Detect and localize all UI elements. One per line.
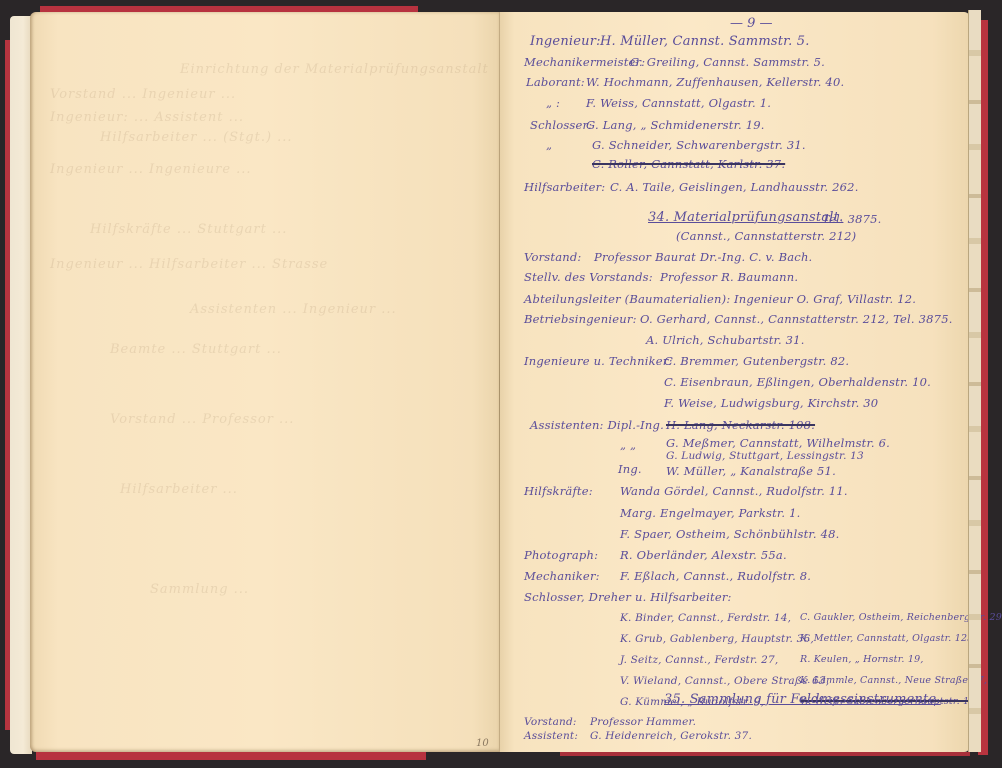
entry-label: Mechanikermeister: — [524, 55, 645, 69]
bleed-line: Vorstand ... Ingenieur ... — [50, 87, 236, 102]
entry-text: G. Meßmer, Cannstatt, Wilhelmstr. 6. — [666, 436, 890, 450]
entry-label: „ : — [546, 96, 560, 110]
book-cover-bottom-edge — [36, 752, 426, 760]
bleed-line: Ingenieur ... Hilfsarbeiter ... Strasse — [50, 257, 328, 272]
entry-label: Hilfsarbeiter: — [524, 180, 605, 194]
page-stack-left — [10, 16, 32, 754]
entry-text: F. Weise, Ludwigsburg, Kirchstr. 30 — [664, 396, 878, 410]
struck-entry-text: C. Roller, Cannstatt, Karlstr. 37. — [592, 157, 785, 171]
entry-label: „ — [546, 138, 552, 152]
entry-label: Stellv. des Vorstands: — [524, 270, 653, 284]
entry-text: F. Eßlach, Cannst., Rudolfstr. 8. — [620, 569, 811, 583]
struck-entry-text: H. Lang, Neckarstr. 108. — [666, 418, 815, 432]
bleed-line: Ingenieur: ... Assistent ... — [50, 110, 244, 125]
section-35-heading: 35. Sammlung für Feldmessinstrumente. — [664, 692, 941, 707]
entry-label: Vorstand: — [524, 716, 577, 728]
bleed-line: Ingenieur ... Ingenieure ... — [50, 162, 252, 177]
entry-label: Ingenieure u. Techniker: — [524, 354, 673, 368]
entry-text: F. Spaer, Ostheim, Schönbühlstr. 48. — [620, 527, 839, 541]
bleed-line: Hilfskräfte ... Stuttgart ... — [90, 222, 287, 237]
entry-label: Schlosser, Dreher u. Hilfsarbeiter: — [524, 590, 732, 604]
left-page-number: 10 — [476, 738, 489, 749]
worker-entry: J. Seitz, Cannst., Ferdstr. 27, — [620, 654, 778, 666]
entry-text: Marg. Engelmayer, Parkstr. 1. — [620, 506, 800, 520]
entry-text: A. Ulrich, Schubartstr. 31. — [646, 333, 805, 347]
bleed-line: Sammlung ... — [150, 582, 249, 597]
page-stack-right — [968, 10, 981, 752]
worker-entry: R. Keulen, „ Hornstr. 19, — [800, 654, 924, 665]
bleed-line: Vorstand ... Professor ... — [110, 412, 294, 427]
entry-label: Laborant: — [526, 75, 585, 89]
entry-text: G. Schneider, Schwarenbergstr. 31. — [592, 138, 806, 152]
entry-text: W. Hochmann, Zuffenhausen, Kellerstr. 40… — [586, 75, 844, 89]
entry-label: Photograph: — [524, 548, 598, 562]
entry-text: F. Weiss, Cannstatt, Olgastr. 1. — [586, 96, 771, 110]
entry-label: Schlosser: — [530, 118, 592, 132]
entry-text: G. Heidenreich, Gerokstr. 37. — [590, 730, 752, 742]
entry-label: Assistenten: Dipl.-Ing. — [530, 418, 664, 432]
entry-text: Wanda Gördel, Cannst., Rudolfstr. 11. — [620, 484, 848, 498]
entry-text: C. Eisenbraun, Eßlingen, Oberhaldenstr. … — [664, 375, 931, 389]
entry-label: Mechaniker: — [524, 569, 600, 583]
right-page-number: — 9 — — [730, 16, 773, 31]
worker-entry: K. Lämmle, Cannst., Neue Straße 17, — [800, 675, 987, 686]
entry-label: Assistent: — [524, 730, 578, 742]
entry-text: W. Müller, „ Kanalstraße 51. — [666, 464, 836, 478]
entry-text: H. Müller, Cannst. Sammstr. 5. — [600, 34, 810, 49]
entry-label: Abteilungsleiter (Baumaterialien): — [524, 292, 730, 306]
bleed-line: Einrichtung der Materialprüfungsanstalt — [180, 62, 489, 77]
bleed-line: Hilfsarbeiter ... (Stgt.) ... — [100, 130, 293, 145]
entry-text: R. Oberländer, Alexstr. 55a. — [620, 548, 787, 562]
entry-text: O. Gerhard, Cannst., Cannstatterstr. 212… — [640, 312, 953, 326]
section-heading: 34. Materialprüfungsanstalt. — [648, 210, 843, 225]
entry-label: Ing. — [618, 462, 642, 476]
entry-label: Betriebsingenieur: — [524, 312, 637, 326]
entry-text: Ingenieur O. Graf, Villastr. 12. — [734, 292, 916, 306]
worker-entry: K. Mettler, Cannstatt, Olgastr. 123, — [800, 633, 977, 644]
entry-text: Professor Hammer. — [590, 716, 696, 728]
entry-text: G. Lang, „ Schmidenerstr. 19. — [586, 118, 765, 132]
entry-text: Professor R. Baumann. — [660, 270, 798, 284]
entry-label: „ „ — [620, 438, 636, 452]
worker-entry: V. Wieland, Cannst., Obere Straße 63, — [620, 675, 829, 687]
entry-label: Ingenieur: — [530, 34, 601, 49]
entry-text: Professor Baurat Dr.-Ing. C. v. Bach. — [594, 250, 812, 264]
entry-label: Vorstand: — [524, 250, 582, 264]
entry-text: C. Bremmer, Gutenbergstr. 82. — [664, 354, 849, 368]
entry-text: C. A. Taile, Geislingen, Landhausstr. 26… — [610, 180, 859, 194]
bleed-line: Hilfsarbeiter ... — [120, 482, 238, 497]
bleed-line: Beamte ... Stuttgart ... — [110, 342, 282, 357]
entry-text: G. Greiling, Cannst. Sammstr. 5. — [630, 55, 825, 69]
left-page: Einrichtung der Materialprüfungsanstalt … — [30, 12, 500, 752]
entry-text: G. Ludwig, Stuttgart, Lessingstr. 13 — [666, 450, 864, 462]
section-telephone: Tel. 3875. — [822, 212, 882, 226]
entry-label: Hilfskräfte: — [524, 484, 593, 498]
book-cover-bottom-right-edge — [560, 752, 970, 756]
worker-entry: K. Grub, Gablenberg, Hauptstr. 36, — [620, 633, 814, 645]
bleed-line: Assistenten ... Ingenieur ... — [190, 302, 397, 317]
worker-entry: K. Binder, Cannst., Ferdstr. 14, — [620, 612, 791, 624]
section-address: (Cannst., Cannstatterstr. 212) — [676, 229, 856, 243]
